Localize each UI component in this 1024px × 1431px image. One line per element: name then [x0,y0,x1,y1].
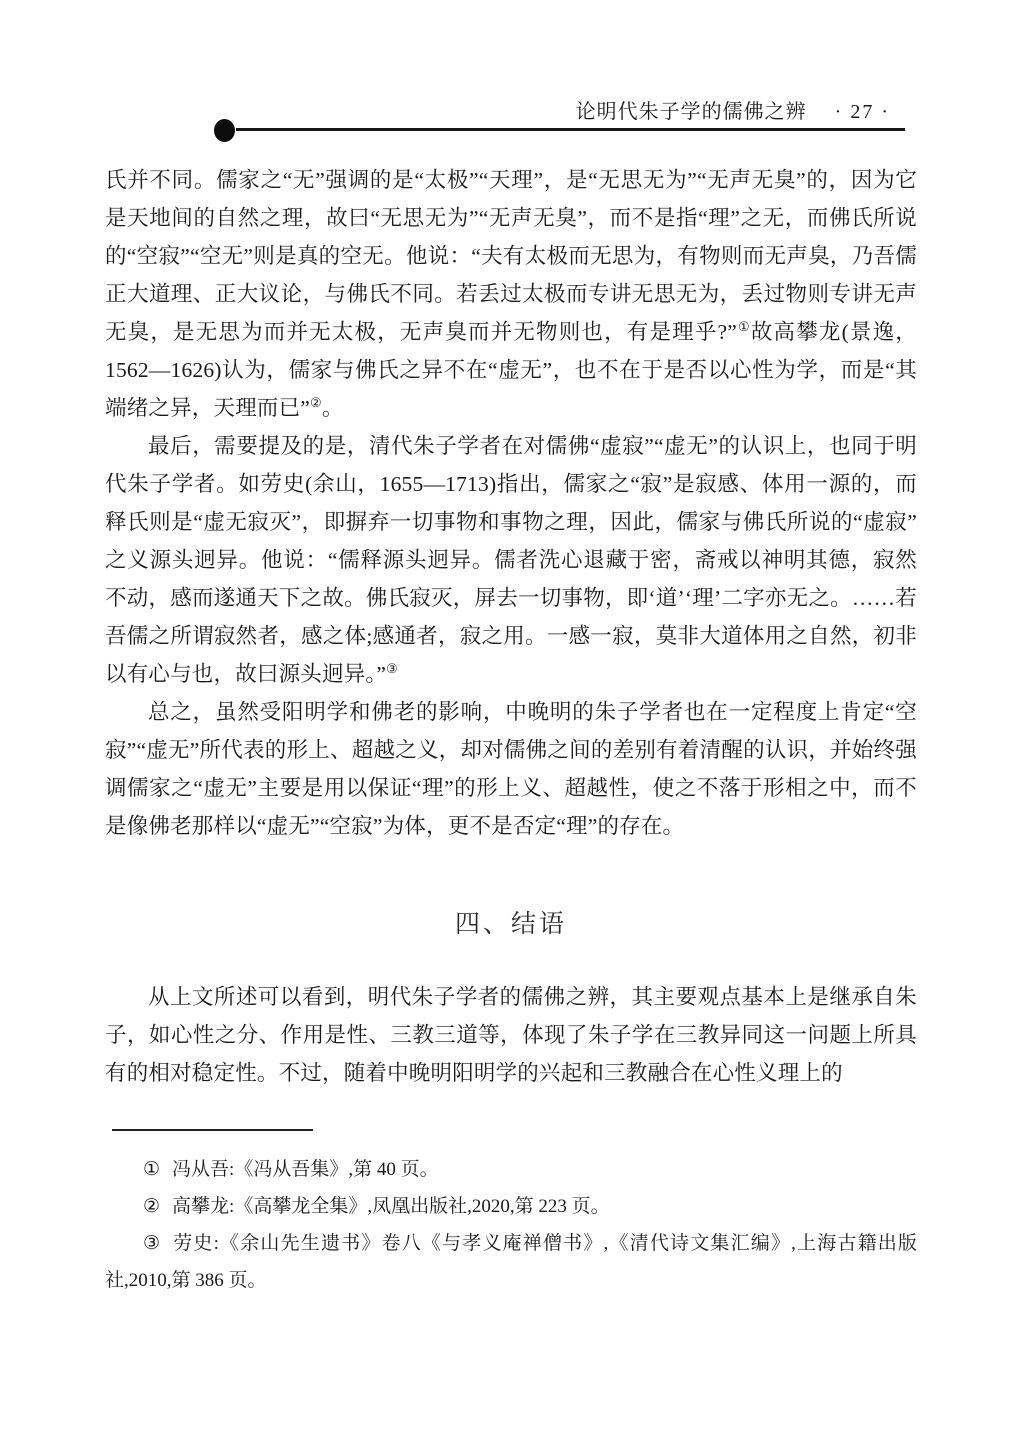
footnote-marker: ③ [143,1233,161,1254]
footnote-text: 高攀龙:《高攀龙全集》,凤凰出版社,2020,第 223 页。 [172,1196,610,1217]
body-paragraph: 从上文所述可以看到，明代朱子学者的儒佛之辨，其主要观点基本上是继承自朱子，如心性… [105,978,917,1092]
running-header: 论明代朱子学的儒佛之辨· 27 · [576,99,890,125]
section-heading: 四、结语 [105,905,917,945]
footnote-text: 劳史:《余山先生遗书》卷八《与孝义庵禅僧书》,《清代诗文集汇编》,上海古籍出版社… [105,1233,917,1291]
body-paragraph: 总之，虽然受阳明学和佛老的影响，中晚明的朱子学者也在一定程度上肯定“空寂”“虚无… [105,693,917,845]
body-paragraph: 氏并不同。儒家之“无”强调的是“太极”“天理”，是“无思无为”“无声无臭”的，因… [105,161,917,427]
footnote-marker: ② [143,1196,160,1217]
footnote-marker: ① [143,1159,160,1180]
footnote-text: 冯从吾:《冯从吾集》,第 40 页。 [172,1159,439,1180]
body-text: 氏并不同。儒家之“无”强调的是“太极”“天理”，是“无思无为”“无声无臭”的，因… [105,161,917,845]
footnote-item: ①冯从吾:《冯从吾集》,第 40 页。 [105,1151,917,1188]
footnotes: ①冯从吾:《冯从吾集》,第 40 页。 ②高攀龙:《高攀龙全集》,凤凰出版社,2… [105,1151,917,1299]
body-paragraph: 最后，需要提及的是，清代朱子学者在对儒佛“虚寂”“虚无”的认识上，也同于明代朱子… [105,427,917,693]
footnote-separator-rule [112,1129,313,1131]
document-page: 论明代朱子学的儒佛之辨· 27 · 氏并不同。儒家之“无”强调的是“太极”“天理… [0,0,1024,1431]
conclusion-text: 从上文所述可以看到，明代朱子学者的儒佛之辨，其主要观点基本上是继承自朱子，如心性… [105,978,917,1092]
footnote-item: ③劳史:《余山先生遗书》卷八《与孝义庵禅僧书》,《清代诗文集汇编》,上海古籍出版… [105,1225,917,1299]
running-header-title: 论明代朱子学的儒佛之辨 [576,101,807,123]
footnote-ref: ② [310,395,322,410]
footnote-ref: ③ [386,661,398,676]
main-column: 氏并不同。儒家之“无”强调的是“太极”“天理”，是“无思无为”“无声无臭”的，因… [105,161,917,1092]
footnote-ref: ① [737,319,751,334]
header-rule [236,128,905,131]
page-number: · 27 · [835,101,890,123]
footnote-item: ②高攀龙:《高攀龙全集》,凤凰出版社,2020,第 223 页。 [105,1188,917,1225]
header-dot-ornament [214,119,235,142]
